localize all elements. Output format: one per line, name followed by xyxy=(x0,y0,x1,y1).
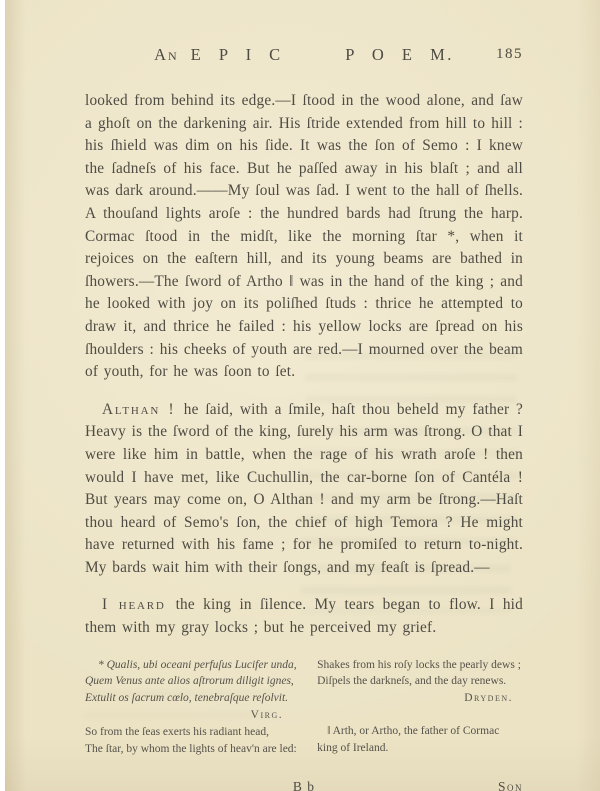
scanned-book-page: AnE P I C P O E M. 185 looked from behin… xyxy=(0,0,600,791)
header-title-prefix: An xyxy=(154,45,179,64)
footnote-left-column: * Qualis, ubi oceani perfuſus Lucifer un… xyxy=(85,657,317,758)
paper-surface: AnE P I C P O E M. 185 looked from behin… xyxy=(5,0,600,791)
page-body: looked from behind its edge.—I ſtood in … xyxy=(85,90,523,640)
paragraph-text: he ſaid, with a ſmile, haſt thou beheld … xyxy=(85,401,523,576)
footnote-artho-note: ‖ Arth, or Artho, the father of Cormacki… xyxy=(317,723,523,757)
footnote-attribution-virgil: Virg. xyxy=(85,707,311,724)
catchword: Son xyxy=(377,779,523,791)
paragraph-lead: Althan ! xyxy=(102,401,184,418)
paragraph-text: looked from behind its edge.—I ſtood in … xyxy=(85,92,523,380)
footnote-attribution-dryden: Dryden. xyxy=(317,690,523,707)
running-header: AnE P I C P O E M. 185 xyxy=(85,45,523,67)
footnote-right-column: Shakes from his roſy locks the pearly de… xyxy=(317,657,523,758)
page-content: AnE P I C P O E M. 185 looked from behin… xyxy=(85,0,523,791)
footnote-english-verse: So from the ſeas exerts his radiant head… xyxy=(85,724,311,758)
paragraph: looked from behind its edge.—I ſtood in … xyxy=(85,90,523,384)
paragraph: Althan ! he ſaid, with a ſmile, haſt tho… xyxy=(85,399,523,580)
page-number: 185 xyxy=(496,46,523,63)
header-title: E P I C P O E M. xyxy=(191,45,454,64)
footnote-latin-verse: * Qualis, ubi oceani perfuſus Lucifer un… xyxy=(85,657,311,707)
footnote-english-verse: Shakes from his roſy locks the pearly de… xyxy=(317,657,523,691)
paragraph: I heard the king in ſilence. My tears be… xyxy=(85,594,523,639)
footer-spacer xyxy=(85,779,231,791)
paragraph-lead: I heard xyxy=(102,596,176,613)
footnotes-section: * Qualis, ubi oceani perfuſus Lucifer un… xyxy=(85,657,523,758)
page-footer: B b Son xyxy=(85,779,523,791)
signature-mark: B b xyxy=(231,779,377,791)
